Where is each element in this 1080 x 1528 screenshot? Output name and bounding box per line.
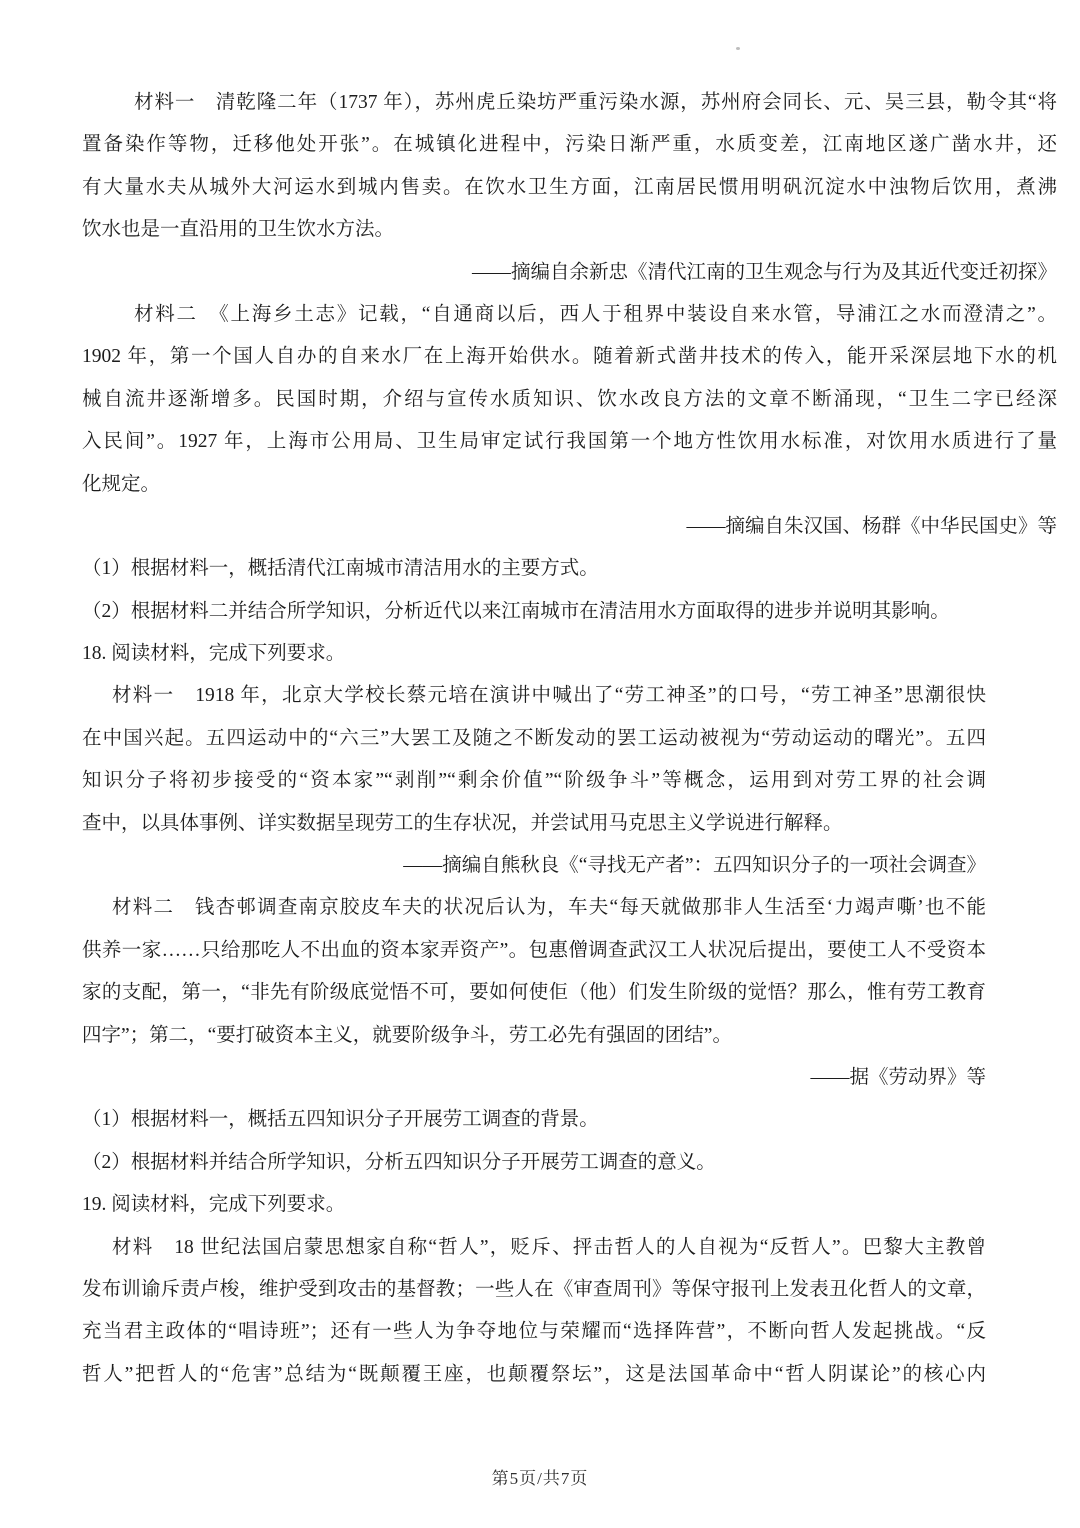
question-19-material: 材料 18 世纪法国启蒙思想家自称“哲人”，贬斥、抨击哲人的人自视为“反哲人”。… xyxy=(82,1227,1058,1397)
source-citation: ——摘编自朱汉国、杨群《中华民国史》等 xyxy=(82,506,1080,548)
material-line: 械自流井逐渐增多。民国时期，介绍与宣传水质知识、饮水改良方法的文章不断涌现，“卫… xyxy=(82,379,1057,421)
exam-paper-page: 材料一 清乾隆二年（1737 年），苏州虎丘染坊严重污染水源，苏州府会同长、元、… xyxy=(0,0,1080,1528)
sub-question-2: （2）根据材料并结合所学知识，分析五四知识分子开展劳工调查的意义。 xyxy=(82,1142,1042,1184)
material-line: 充当君主政体的“唱诗班”；还有一些人为争夺地位与荣耀而“选择阵营”，不断向哲人发… xyxy=(82,1311,986,1353)
material-line: 材料二 《上海乡土志》记载，“自通商以后，西人于租界中装设自来水管，导浦江之水而… xyxy=(82,294,1057,336)
material-line: 材料二 钱杏邨调查南京胶皮车夫的状况后认为，车夫“每天就做那非人生活至‘力竭声嘶… xyxy=(82,887,986,929)
material-line: 供养一家……只给那吃人不出血的资本家弄资产”。包惠僧调查武汉工人状况后提出，要使… xyxy=(82,930,986,972)
question-18-material-1: 材料一 1918 年，北京大学校长蔡元培在演讲中喊出了“劳工神圣”的口号，“劳工… xyxy=(82,675,1058,887)
question-18-material-2: 材料二 钱杏邨调查南京胶皮车夫的状况后认为，车夫“每天就做那非人生活至‘力竭声嘶… xyxy=(82,887,1058,1099)
page-number: 第5页/共7页 xyxy=(0,1464,1080,1489)
material-line: 材料一 清乾隆二年（1737 年），苏州虎丘染坊严重污染水源，苏州府会同长、元、… xyxy=(82,82,1057,124)
material-line: 有大量水夫从城外大河运水到城内售卖。在饮水卫生方面，江南居民惯用明矾沉淀水中浊物… xyxy=(82,167,1057,209)
question-17-material-1: 材料一 清乾隆二年（1737 年），苏州虎丘染坊严重污染水源，苏州府会同长、元、… xyxy=(82,82,1058,294)
page-content: 材料一 清乾隆二年（1737 年），苏州虎丘染坊严重污染水源，苏州府会同长、元、… xyxy=(82,82,1058,1396)
question-17-material-2: 材料二 《上海乡土志》记载，“自通商以后，西人于租界中装设自来水管，导浦江之水而… xyxy=(82,294,1058,548)
material-line: 四字”；第二，“要打破资本主义，就要阶级争斗，劳工必先有强固的团结”。 xyxy=(82,1015,986,1057)
material-line: 1902 年，第一个国人自办的自来水厂在上海开始供水。随着新式凿井技术的传入，能… xyxy=(82,336,1057,378)
source-citation: ——摘编自余新忠《清代江南的卫生观念与行为及其近代变迁初探》 xyxy=(82,252,1080,294)
source-citation: ——据《劳动界》等 xyxy=(82,1057,994,1099)
material-line: 置备染作等物，迁移他处开张”。在城镇化进程中，污染日渐严重，水质变差，江南地区遂… xyxy=(82,124,1057,166)
question-19-heading: 19. 阅读材料，完成下列要求。 xyxy=(82,1184,1042,1226)
sub-question-1: （1）根据材料一，概括五四知识分子开展劳工调查的背景。 xyxy=(82,1099,1042,1141)
sub-question-2: （2）根据材料二并结合所学知识，分析近代以来江南城市在清洁用水方面取得的进步并说… xyxy=(82,591,1042,633)
material-line: 材料一 1918 年，北京大学校长蔡元培在演讲中喊出了“劳工神圣”的口号，“劳工… xyxy=(82,675,986,717)
material-line: 查中，以具体事例、详实数据呈现劳工的生存状况，并尝试用马克思主义学说进行解释。 xyxy=(82,803,986,845)
material-line: 知识分子将初步接受的“资本家”“剥削”“剩余价值”“阶级争斗”等概念，运用到对劳… xyxy=(82,760,986,802)
scan-artifact-dot xyxy=(736,47,740,50)
question-18-heading: 18. 阅读材料，完成下列要求。 xyxy=(82,633,1042,675)
material-line: 饮水也是一直沿用的卫生饮水方法。 xyxy=(82,209,1057,251)
material-line: 家的支配，第一，“非先有阶级底觉悟不可，要如何使佢（他）们发生阶级的觉悟？那么，… xyxy=(82,972,986,1014)
material-line: 材料 18 世纪法国启蒙思想家自称“哲人”，贬斥、抨击哲人的人自视为“反哲人”。… xyxy=(82,1227,986,1269)
source-citation: ——摘编自熊秋良《“寻找无产者”：五四知识分子的一项社会调查》 xyxy=(82,845,994,887)
sub-question-1: （1）根据材料一，概括清代江南城市清洁用水的主要方式。 xyxy=(82,548,1042,590)
material-line: 在中国兴起。五四运动中的“六三”大罢工及随之不断发动的罢工运动被视为“劳动运动的… xyxy=(82,718,986,760)
material-line: 哲人”把哲人的“危害”总结为“既颠覆王座，也颠覆祭坛”，这是法国革命中“哲人阴谋… xyxy=(82,1354,986,1396)
material-line: 化规定。 xyxy=(82,464,1057,506)
material-line: 发布训谕斥责卢梭，维护受到攻击的基督教；一些人在《审查周刊》等保守报刊上发表丑化… xyxy=(82,1269,986,1311)
material-line: 入民间”。1927 年，上海市公用局、卫生局审定试行我国第一个地方性饮用水标准，… xyxy=(82,421,1057,463)
